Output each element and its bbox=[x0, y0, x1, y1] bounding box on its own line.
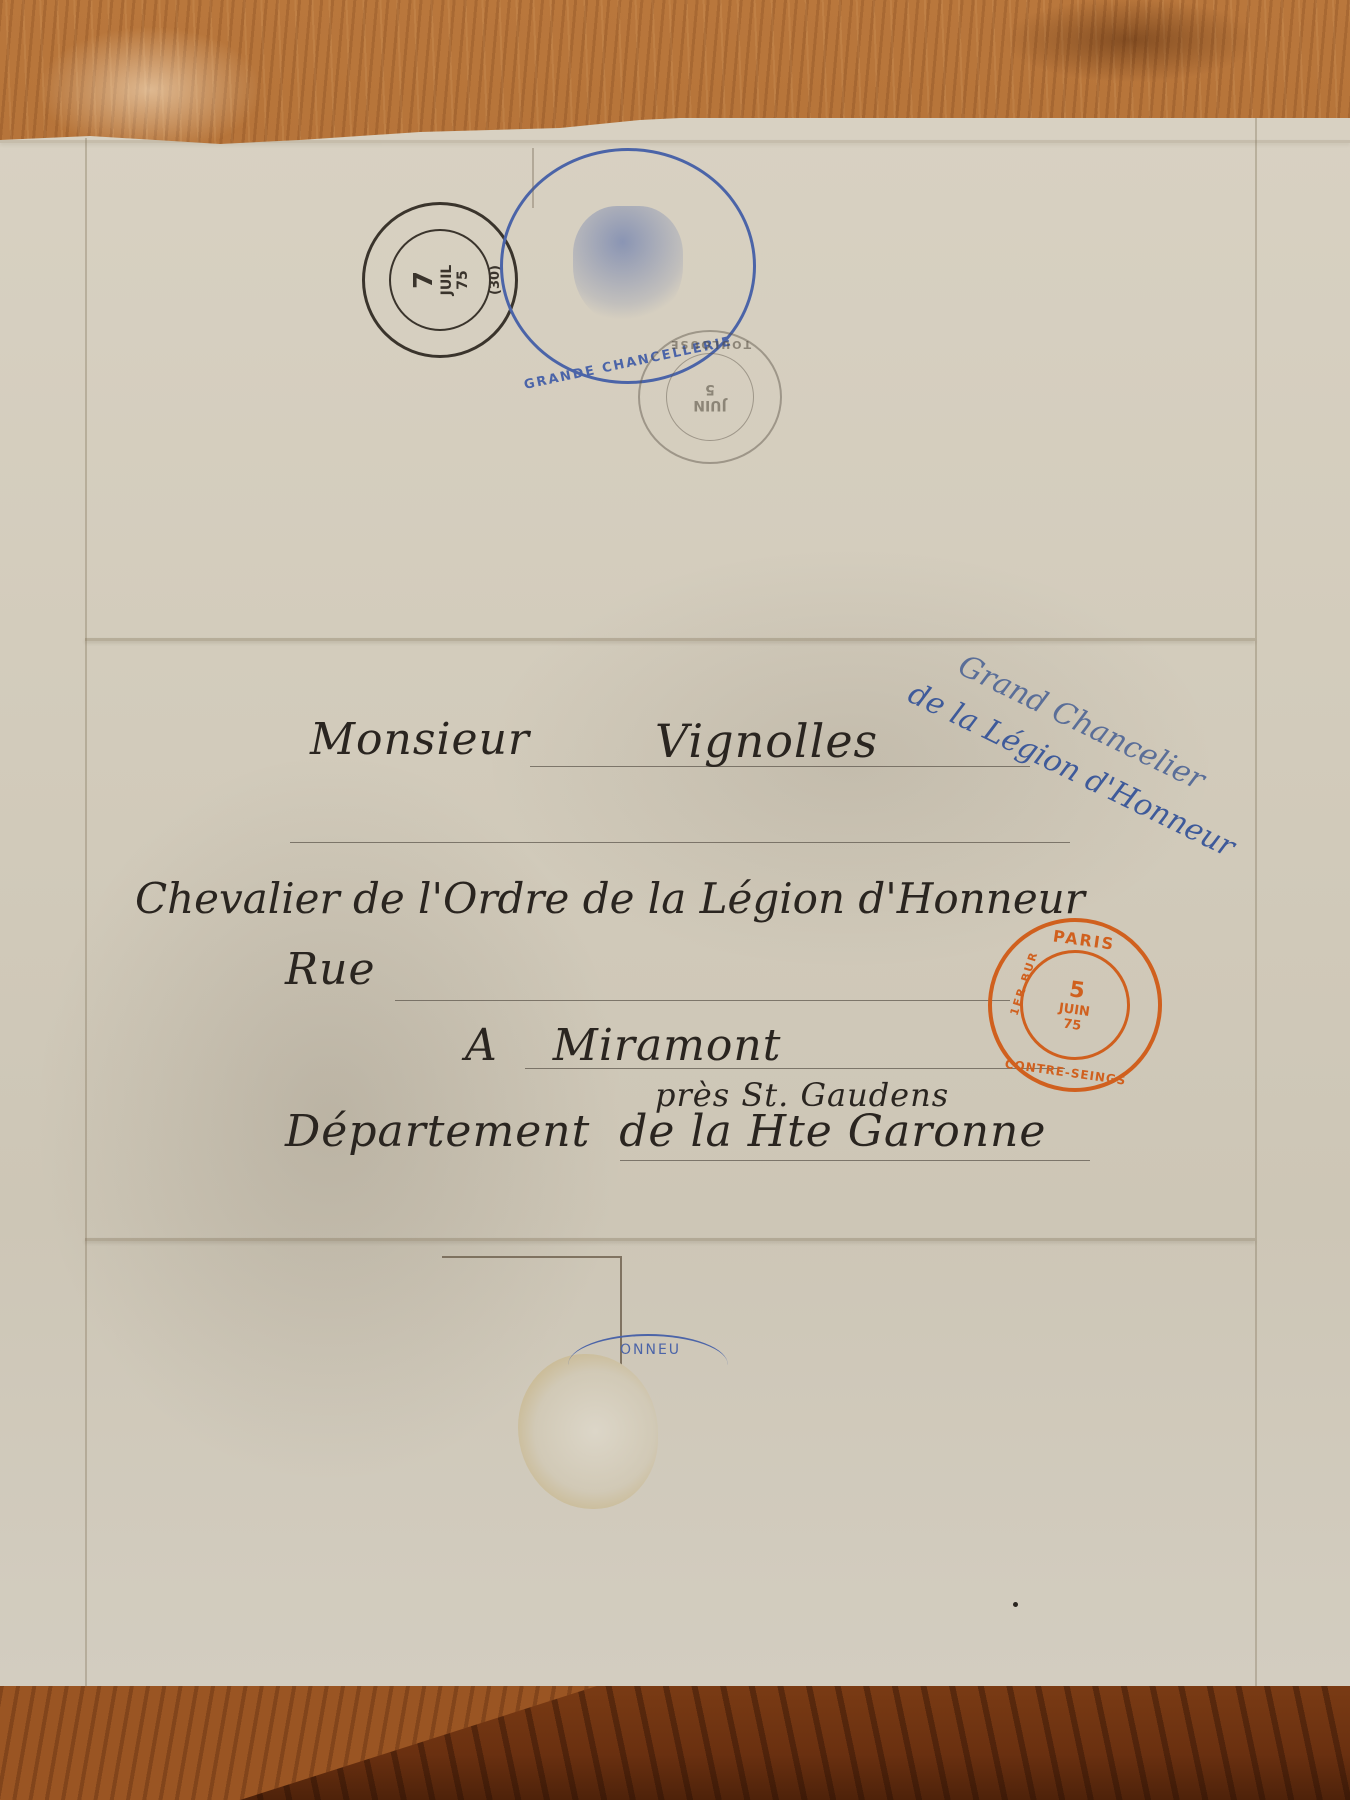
fold-line-vertical-right bbox=[1255, 118, 1257, 1686]
town-name: Miramont bbox=[553, 1020, 782, 1071]
fold-line-vertical-left bbox=[85, 138, 87, 1686]
address-rule-department bbox=[620, 1160, 1090, 1161]
town-prefix: A bbox=[465, 1020, 498, 1071]
address-salutation: Monsieur bbox=[310, 714, 530, 765]
postmark-black-cds: 7 JUIL 75 (30) bbox=[362, 202, 518, 358]
address-surname: Vignolles bbox=[655, 714, 878, 768]
ink-dot bbox=[1013, 1602, 1018, 1607]
seal-fragment-text: ONNEU bbox=[620, 1342, 681, 1358]
address-rule-town bbox=[525, 1068, 1065, 1069]
address-rule-blank bbox=[290, 842, 1070, 843]
department-label: Département bbox=[285, 1106, 590, 1157]
faint-postmark-town: TOULOUSE bbox=[669, 338, 751, 351]
seal-fragment-label: ONNEU bbox=[620, 1342, 681, 1358]
street-label: Rue bbox=[285, 944, 376, 995]
letter-sheet: 7 JUIL 75 (30) GRANDE CHANCELLERIE JUIN … bbox=[0, 118, 1350, 1686]
address-street: Rue bbox=[285, 944, 376, 995]
paris-top-text: PARIS bbox=[1052, 926, 1116, 954]
address-town: A Miramont bbox=[465, 1020, 781, 1071]
postmark-red-paris: PARIS 1ER BUR 5 JUIN 75 CONTRE-SEINGS bbox=[977, 907, 1174, 1104]
seal-eagle-emblem-icon bbox=[573, 206, 683, 326]
surname-text: Vignolles bbox=[655, 714, 878, 768]
wooden-board-left bbox=[0, 1685, 600, 1800]
address-rule-street bbox=[395, 1000, 1010, 1001]
address-title-line: Chevalier de l'Ordre de la Légion d'Honn… bbox=[135, 874, 1085, 923]
title-line-text: Chevalier de l'Ordre de la Légion d'Honn… bbox=[135, 874, 1085, 923]
paris-bottom-text: CONTRE-SEINGS bbox=[1004, 1057, 1127, 1088]
fold-line-horizontal-upper bbox=[85, 638, 1255, 641]
fold-line-horizontal-lower bbox=[85, 1238, 1255, 1241]
address-department: Département de la Hte Garonne bbox=[285, 1106, 1046, 1157]
wooden-table-bottom bbox=[0, 1685, 1350, 1800]
paper-tear-top bbox=[492, 148, 534, 208]
postmark-faint-cds: JUIN 5 TOULOUSE bbox=[638, 330, 782, 464]
salutation-text: Monsieur bbox=[310, 714, 530, 765]
fold-line-top-edge bbox=[0, 140, 1350, 143]
department-name: de la Hte Garonne bbox=[619, 1106, 1046, 1157]
